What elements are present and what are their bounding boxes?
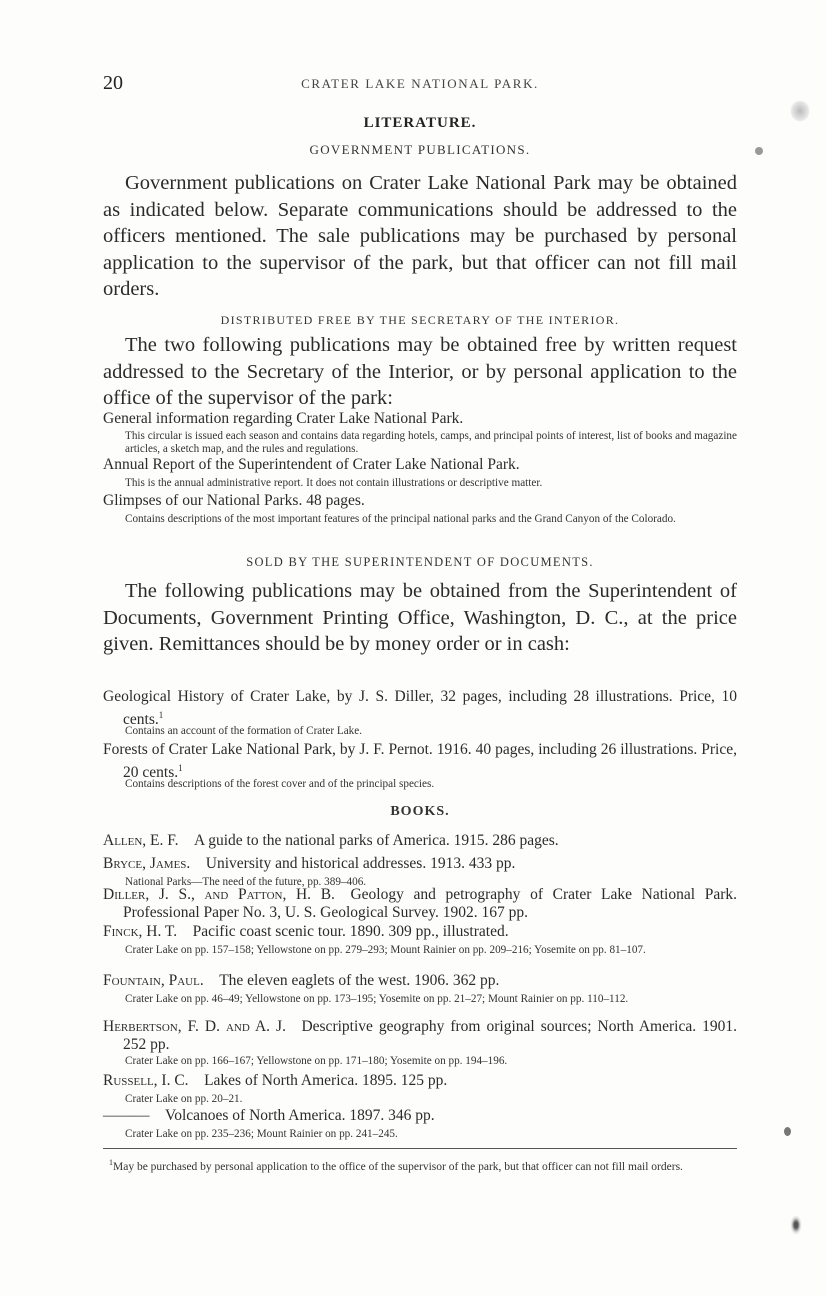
book-title: Volcanoes of North America. 1897. 346 pp… [165,1107,435,1124]
sold-item: Geological History of Crater Lake, by J.… [103,688,737,729]
book-entry: Bryce, James. University and historical … [103,855,737,873]
book-entry: Finck, H. T. Pacific coast scenic tour. … [103,923,737,941]
page-smudge [790,100,810,122]
book-entry: Diller, J. S., and Patton, H. B. Geology… [103,886,737,922]
free-item: Glimpses of our National Parks. 48 pages… [103,492,737,510]
book-title: Lakes of North America. 1895. 125 pp. [204,1072,447,1089]
book-author: Allen, E. F. [103,832,179,849]
book-title: University and historical addresses. 191… [206,855,516,872]
book-note: Crater Lake on pp. 20–21. [103,1093,737,1106]
book-author: Bryce, James. [103,855,190,872]
footnote: 1May be purchased by personal applicatio… [103,1155,737,1175]
book-author: Finck, H. T. [103,923,177,940]
free-item: General information regarding Crater Lak… [103,410,737,428]
page-speck [784,1127,791,1136]
footnote-rule [103,1148,737,1149]
government-intro: Government publications on Crater Lake N… [103,170,737,303]
book-entry: Fountain, Paul. The eleven eaglets of th… [103,972,737,990]
book-author: Fountain, Paul. [103,972,204,989]
free-item-note: Contains descriptions of the most import… [103,513,737,526]
free-item-note: This is the annual administrative report… [103,477,737,490]
book-author: ——— [103,1107,150,1124]
book-note: Crater Lake on pp. 46–49; Yellowstone on… [103,993,737,1006]
sold-item: Forests of Crater Lake National Park, by… [103,741,737,782]
sold-item-note: Contains descriptions of the forest cove… [103,778,737,791]
book-note: Crater Lake on pp. 235–236; Mount Rainie… [103,1128,737,1141]
book-title: Pacific coast scenic tour. 1890. 309 pp.… [193,923,509,940]
book-entry: Russell, I. C. Lakes of North America. 1… [103,1072,737,1090]
section-title: LITERATURE. [103,115,737,132]
sold-item-note: Contains an account of the formation of … [103,725,737,738]
book-note: Crater Lake on pp. 166–167; Yellowstone … [103,1055,737,1068]
sold-heading: SOLD BY THE SUPERINTENDENT OF DOCUMENTS. [103,555,737,570]
free-item: Annual Report of the Superintendent of C… [103,456,737,474]
book-entry: Allen, E. F. A guide to the national par… [103,832,737,850]
page-speck [755,147,763,155]
government-heading: GOVERNMENT PUBLICATIONS. [103,142,737,158]
page-smudge [790,1215,802,1235]
free-intro: The two following publications may be ob… [103,332,737,412]
book-note: Crater Lake on pp. 157–158; Yellowstone … [103,944,737,957]
book-title: A guide to the national parks of America… [194,832,559,849]
running-head: 20 CRATER LAKE NATIONAL PARK. [103,72,737,96]
book-author: Diller, J. S., and Patton, H. B. [103,886,335,903]
free-heading: DISTRIBUTED FREE BY THE SECRETARY OF THE… [103,313,737,328]
free-item-note: This circular is issued each season and … [103,430,737,455]
book-entry: Herbertson, F. D. and A. J. Descriptive … [103,1018,737,1054]
book-author: Herbertson, F. D. and A. J. [103,1018,286,1035]
books-heading: BOOKS. [103,804,737,820]
book-author: Russell, I. C. [103,1072,189,1089]
book-title: The eleven eaglets of the west. 1906. 36… [219,972,499,989]
book-entry: ——— Volcanoes of North America. 1897. 34… [103,1107,737,1125]
running-title: CRATER LAKE NATIONAL PARK. [103,76,737,92]
sold-intro: The following publications may be obtain… [103,578,737,658]
